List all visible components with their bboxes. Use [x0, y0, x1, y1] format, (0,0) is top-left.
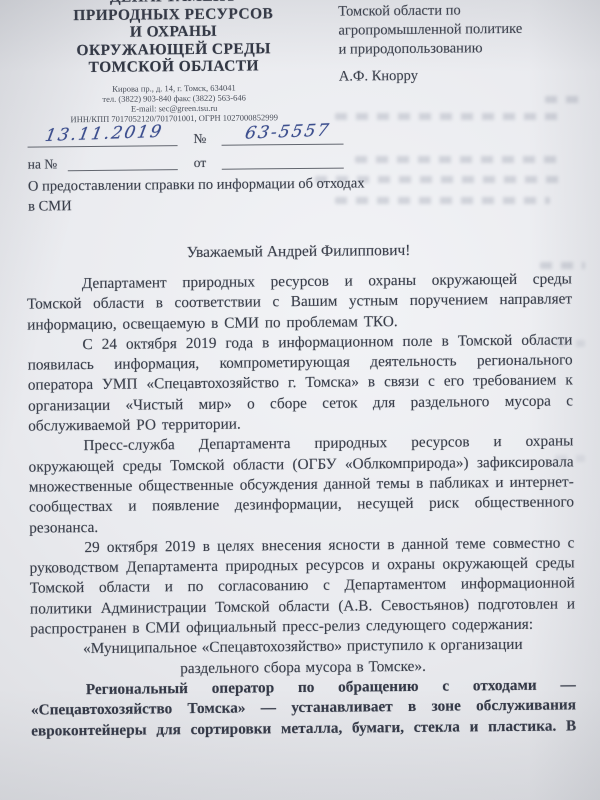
- salutation: Уважаемый Андрей Филиппович!: [0, 240, 599, 264]
- recipient-line: агропромышленной политике: [338, 19, 588, 40]
- body-paragraph: 29 октября 2019 в целях внесения ясности…: [29, 533, 575, 640]
- handwritten-number: 63-5557: [243, 121, 332, 144]
- recipient-block: Заместителю Губернатора Томской области …: [338, 0, 589, 87]
- body-paragraph: С 24 октября 2019 года в информационном …: [27, 330, 573, 437]
- letterhead-org-block: ДЕПАРТАМЕНТ ПРИРОДНЫХ РЕСУРСОВ И ОХРАНЫ …: [14, 0, 333, 77]
- reply-number-underline: [68, 153, 178, 171]
- letterhead-contact-block: Кирова пр., д. 14, г. Томск, 634041 тел.…: [15, 82, 333, 125]
- recipient-line: Томской области по: [338, 0, 588, 21]
- body-paragraph: Департамент природных ресурсов и охраны …: [27, 269, 573, 335]
- subject-line: О предоставлении справки по информации о…: [28, 174, 368, 216]
- reply-to-label: на №: [28, 156, 58, 172]
- number-label: №: [193, 131, 206, 147]
- from-label: от: [194, 155, 207, 171]
- press-release-title: «Муниципальное «Спецавтохозяйство» прист…: [30, 635, 575, 681]
- recipient-name: А.Ф. Кнорру: [339, 65, 589, 86]
- from-date-underline: [222, 152, 344, 170]
- org-line: ТОМСКОЙ ОБЛАСТИ: [15, 57, 333, 78]
- body-paragraph-bold: Региональный оператор по обращению с отх…: [31, 675, 577, 741]
- recipient-line: и природопользованию: [339, 38, 589, 59]
- letter-photo: ДЕПАРТАМЕНТ ПРИРОДНЫХ РЕСУРСОВ И ОХРАНЫ …: [0, 0, 600, 800]
- body-paragraph: Пресс-служба Департамента природных ресу…: [28, 432, 574, 539]
- letter-body: Департамент природных ресурсов и охраны …: [27, 269, 576, 741]
- letter-content: ДЕПАРТАМЕНТ ПРИРОДНЫХ РЕСУРСОВ И ОХРАНЫ …: [0, 0, 600, 800]
